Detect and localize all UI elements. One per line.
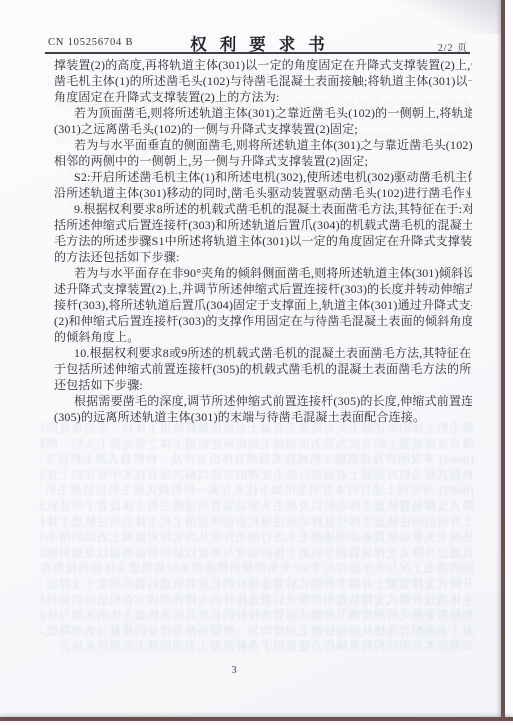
claims-line: S2:开启所述凿毛机主体(1)和所述电机(302),使所述电机(302)驱动凿毛… xyxy=(54,169,472,185)
claims-line: 撑装置(2)的高度,再将轨道主体(301)以一定的角度固定在升降式支撑装置(2)… xyxy=(54,57,472,73)
claims-line: 述升降式支撑装置(2)上,并调节所述伸缩式后置连接杆(303)的长度并转动伸缩式… xyxy=(54,281,472,297)
claims-line: 若为顶面凿毛,则将所述轨道主体(301)之靠近凿毛头(102)的一侧朝上,将轨道… xyxy=(54,105,472,121)
claims-line: 凿毛机主体(1)的所述凿毛头(102)与待凿毛混凝土表面接触;将轨道主体(301… xyxy=(54,73,472,89)
claims-line: 还包括如下步骤: xyxy=(54,377,472,393)
bleedthrough-line: 升降式支撑装置上并调节伸缩式后置连接杆的长度将轨道后置爪固定于支撑面上轨道 xyxy=(40,577,474,593)
bleedthrough-line: 动强度本发明结构简单操作方便适用于各种混凝土表面的凿毛处理作业场合 xyxy=(40,639,474,655)
scan-corner-shadow xyxy=(365,0,505,34)
claims-line: 接杆(303),将所述轨道后置爪(304)固定于支撑面上,轨道主体(301)通过… xyxy=(54,297,472,313)
claims-line: 的方法还包括如下步骤: xyxy=(54,249,472,265)
bleedthrough-line: [0004] 本发明涉及建筑施工机械技术领域具体而言涉及一种机载式凿毛机以及采用… xyxy=(40,452,474,468)
claims-line: 10.根据权利要求8或9所述的机载式凿毛机的混凝土表面凿毛方法,其特征在于:对应 xyxy=(54,345,472,361)
claims-line: 的倾斜角度上。 xyxy=(54,329,472,345)
bleedthrough-line: 凝土表面配合连接从而保证凿毛深度均匀一致提高凿毛作业的质量与效率降低人工劳 xyxy=(40,624,474,640)
claims-line: (305)的远离所述轨道主体(301)的末端与待凿毛混凝土表面配合连接。 xyxy=(54,409,472,425)
bleedthrough-line: 同的凿毛工况与水平面存在非90°夹角的倾斜侧面凿毛时将轨道主体倾斜设置在所述 xyxy=(40,561,474,577)
bleedthrough-line: 根据需要凿毛的深度调节伸缩式前置连接杆的长度其远离轨道主体的末端与待凿毛混 xyxy=(40,608,474,624)
claims-line: (301)之远离凿毛头(102)的一侧与升降式支撑装置(2)固定; xyxy=(54,121,472,137)
scanned-patent-page: 机载式凿毛机以及混凝土表面凿毛方法所属技术领域背景技术部分内容说明所述升降式支撑… xyxy=(0,0,513,726)
header-divider xyxy=(45,52,470,54)
claims-line: 若为与水平面垂直的侧面凿毛,则将所述轨道主体(301)之与靠近凿毛头(102)的… xyxy=(54,137,472,153)
claims-line: 于包括所述伸缩式前置连接杆(305)的机载式凿毛机的混凝土表面凿毛方法的所述步骤… xyxy=(54,361,472,377)
claims-line: 若为与水平面存在非90°夹角的倾斜侧面凿毛,则将所述轨道主体(301)倾斜设置在… xyxy=(54,265,472,281)
claims-line: 角度固定在升降式支撑装置(2)上的方法为: xyxy=(54,89,472,105)
footer-page-number: 3 xyxy=(24,665,444,676)
scanner-margin-right xyxy=(505,0,513,726)
bleedthrough-line: 主体通过升降式支撑装置和伸缩式后置连接杆的支撑作用固定在相适应的倾斜角度上 xyxy=(40,593,474,609)
claims-line: 沿所述轨道主体(301)移动的同时,凿毛头驱动装置驱动凿毛头(102)进行凿毛作… xyxy=(54,185,472,201)
claims-line: 毛方法的所述步骤S1中所述将轨道主体(301)以一定的角度固定在升降式支撑装置(… xyxy=(54,233,472,249)
bleedthrough-line: 机载式凿毛机对混凝土表面进行凿毛处理的方法以解决现有技术中存在的上述问题使 xyxy=(40,468,474,484)
bleedthrough-line: [0005] 为实现上述目的本发明采用如下技术方案一种机载式凿毛机包括凿毛机主体… xyxy=(40,483,474,499)
claims-line: 括所述伸缩式后置连接杆(303)和所述轨道后置爪(304)的机载式凿毛机的混凝土… xyxy=(54,217,472,233)
claims-line: 相邻的两侧中的一侧朝上,另一侧与升降式支撑装置(2)固定; xyxy=(54,153,472,169)
bleedthrough-line: 降式支撑装置上的方法为若为顶面凿毛则将所述轨道主体之靠近凿毛头的一侧朝上将 xyxy=(40,437,474,453)
claims-text: 撑装置(2)的高度,再将轨道主体(301)以一定的角度固定在升降式支撑装置(2)… xyxy=(54,57,472,425)
claims-line: 根据需要凿毛的深度,调节所述伸缩式前置连接杆(305)的长度,伸缩式前置连接杆 xyxy=(54,393,472,409)
bleedthrough-line: 上并可沿所述轨道主体往复移动所述电机驱动所述凿毛机主体沿所述轨道主体移动所 xyxy=(40,515,474,531)
bleedthrough-lower-block: 凿毛机主体的所述凿毛头与待凿毛混凝土表面接触将轨道主体以一定的角度固定在升降式支… xyxy=(40,421,474,655)
bleedthrough-line: 述凿毛头驱动装置驱动所述凿毛头进行凿毛作业从而实现对混凝土表面的凿毛处理并 xyxy=(40,530,474,546)
claims-line: (2)和伸缩式后置连接杆(303)的支撑作用固定在与待凿毛混凝土表面的倾斜角度相… xyxy=(54,313,472,329)
bleedthrough-line: 降式支撑装置轨道主体电机以及凿毛头驱动装置所述凿毛机主体设置于所述轨道主体 xyxy=(40,499,474,515)
scanner-margin-bottom xyxy=(0,721,513,726)
bleedthrough-line: 且通过升降式支撑装置调节轨道主体的高度与角度以适应顶面侧面以及倾斜侧面等不 xyxy=(40,546,474,562)
claims-line: 9.根据权利要求8所述的机载式凿毛机的混凝土表面凿毛方法,其特征在于:对应于包 xyxy=(54,201,472,217)
